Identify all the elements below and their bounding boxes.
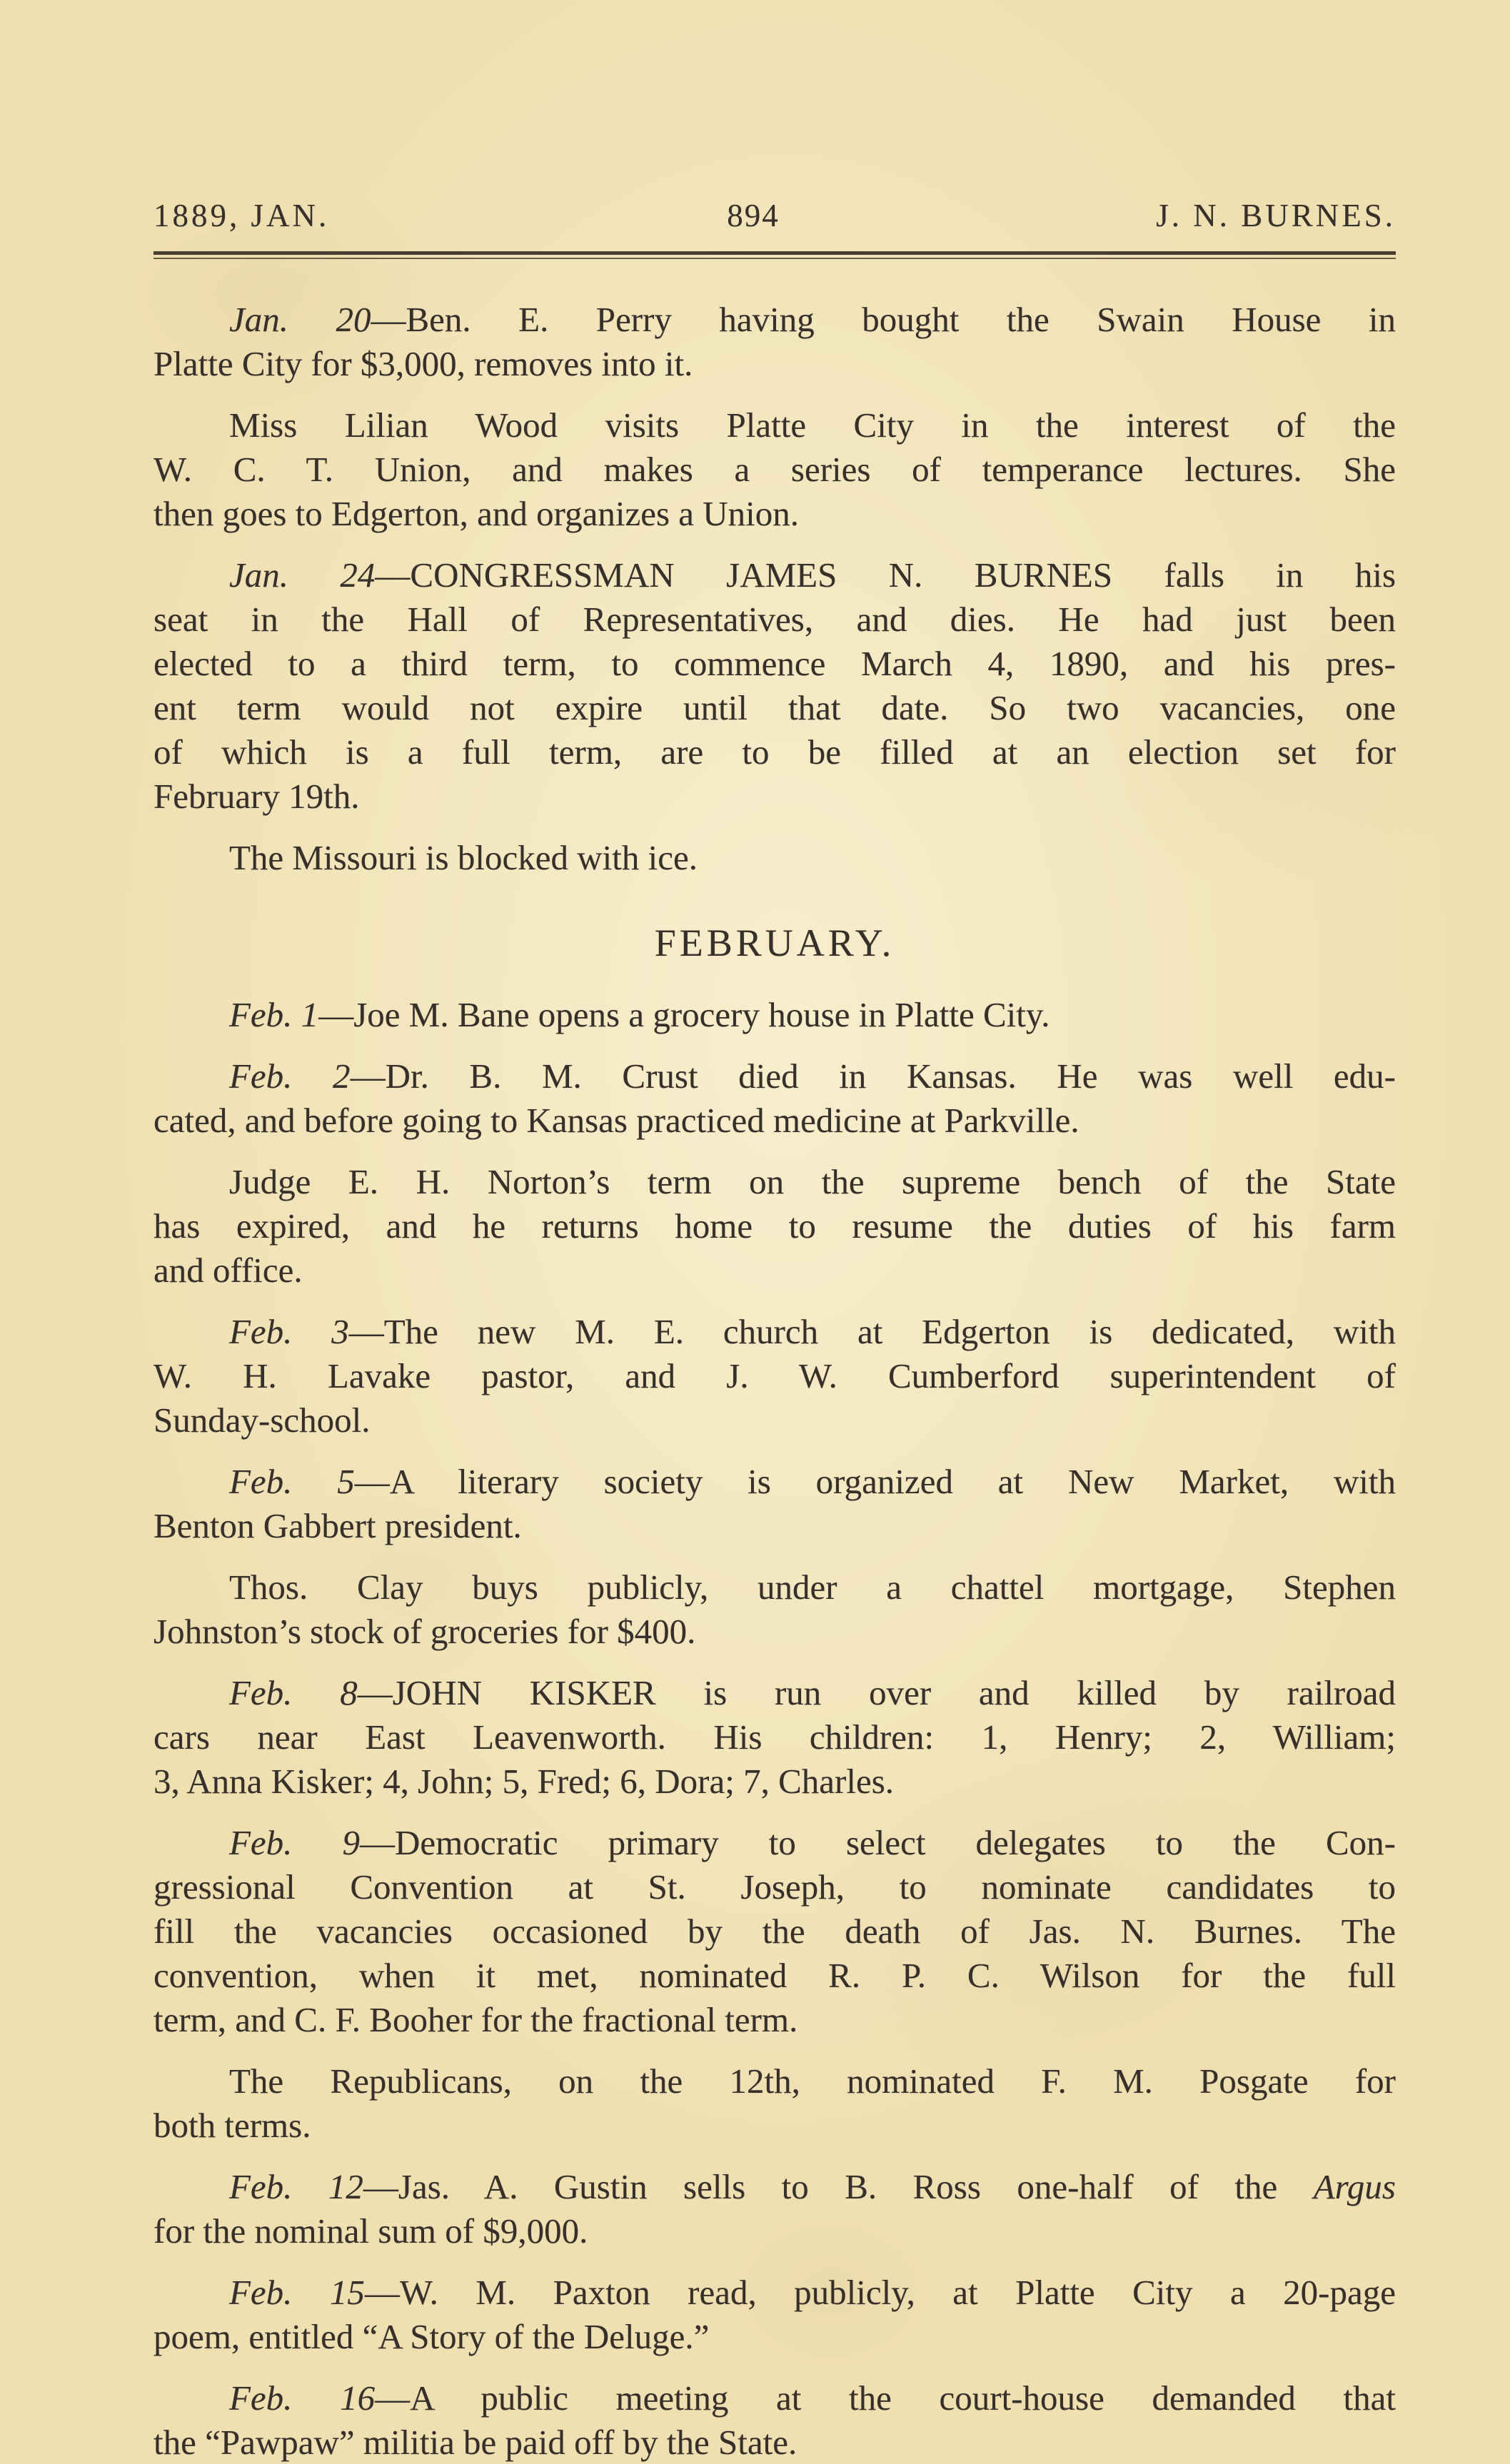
- text-line: W. C. T. Union, and makes a series of te…: [153, 448, 1396, 492]
- italic-text-segment: Feb. 5: [229, 1462, 355, 1501]
- paragraph: Feb. 1—Joe M. Bane opens a grocery house…: [153, 993, 1396, 1037]
- paragraph: Feb. 12—Jas. A. Gustin sells to B. Ross …: [153, 2165, 1396, 2253]
- text-line: of which is a full term, are to be fille…: [153, 730, 1396, 774]
- text-segment: —W. M. Paxton read, publicly, at Platte …: [365, 2273, 1396, 2312]
- text-line: and office.: [153, 1248, 1396, 1293]
- month-heading: FEBRUARY.: [153, 922, 1396, 964]
- paragraph: The Republicans, on the 12th, nominated …: [153, 2059, 1396, 2148]
- text-line: Sunday-school.: [153, 1398, 1396, 1443]
- text-segment: has expired, and he returns home to resu…: [153, 1206, 1396, 1246]
- paragraph: Judge E. H. Norton’s term on the supreme…: [153, 1160, 1396, 1293]
- italic-text-segment: Feb. 8: [229, 1673, 358, 1712]
- text-segment: —A public meeting at the court-house dem…: [375, 2378, 1396, 2418]
- text-segment: cars near East Leavenworth. His children…: [153, 1717, 1396, 1757]
- paragraph: Feb. 2—Dr. B. M. Crust died in Kansas. H…: [153, 1054, 1396, 1143]
- text-line: Johnston’s stock of groceries for $400.: [153, 1610, 1396, 1654]
- text-line: Miss Lilian Wood visits Platte City in t…: [153, 403, 1396, 448]
- text-segment: —The new M. E. church at Edgerton is ded…: [349, 1312, 1396, 1351]
- paragraph: Jan. 24—CONGRESSMAN JAMES N. BURNES fall…: [153, 553, 1396, 819]
- page-number: 894: [727, 198, 780, 233]
- text-line: ent term would not expire until that dat…: [153, 686, 1396, 730]
- text-line: Jan. 20—Ben. E. Perry having bought the …: [153, 298, 1396, 342]
- text-segment: —A literary society is organized at New …: [355, 1462, 1396, 1501]
- text-line: poem, entitled “A Story of the Deluge.”: [153, 2315, 1396, 2359]
- italic-text-segment: Jan. 24: [229, 555, 375, 595]
- text-segment: The Republicans, on the 12th, nominated …: [229, 2061, 1396, 2101]
- text-segment: —Jas. A. Gustin sells to B. Ross one-hal…: [363, 2167, 1314, 2206]
- text-segment: fill the vacancies occasioned by the dea…: [153, 1912, 1396, 1951]
- italic-text-segment: Feb. 2: [229, 1056, 351, 1096]
- text-segment: —JOHN KISKER is run over and killed by r…: [358, 1673, 1396, 1712]
- text-line: gressional Convention at St. Joseph, to …: [153, 1865, 1396, 1909]
- text-segment: —CONGRESSMAN JAMES N. BURNES falls in hi…: [375, 555, 1396, 595]
- text-line: Feb. 1—Joe M. Bane opens a grocery house…: [153, 993, 1396, 1037]
- text-line: February 19th.: [153, 774, 1396, 819]
- text-line: fill the vacancies occasioned by the dea…: [153, 1909, 1396, 1954]
- paragraph: Feb. 5—A literary society is organized a…: [153, 1460, 1396, 1548]
- text-segment: then goes to Edgerton, and organizes a U…: [153, 494, 799, 533]
- text-segment: Miss Lilian Wood visits Platte City in t…: [229, 405, 1396, 445]
- paragraph: Jan. 20—Ben. E. Perry having bought the …: [153, 298, 1396, 386]
- text-segment: W. H. Lavake pastor, and J. W. Cumberfor…: [153, 1356, 1396, 1395]
- text-line: seat in the Hall of Representatives, and…: [153, 597, 1396, 642]
- scanned-book-page: 1889, JAN. 894 J. N. BURNES. Jan. 20—Ben…: [0, 0, 1510, 2464]
- text-line: Feb. 8—JOHN KISKER is run over and kille…: [153, 1671, 1396, 1715]
- text-segment: Johnston’s stock of groceries for $400.: [153, 1612, 695, 1651]
- text-segment: elected to a third term, to commence Mar…: [153, 644, 1396, 683]
- paragraph: The Missouri is blocked with ice.: [153, 836, 1396, 880]
- text-line: 3, Anna Kisker; 4, John; 5, Fred; 6, Dor…: [153, 1759, 1396, 1804]
- italic-text-segment: Argus: [1314, 2167, 1396, 2206]
- text-line: then goes to Edgerton, and organizes a U…: [153, 492, 1396, 536]
- italic-text-segment: Feb. 16: [229, 2378, 375, 2418]
- paragraph: Feb. 16—A public meeting at the court-ho…: [153, 2376, 1396, 2464]
- text-line: convention, when it met, nominated R. P.…: [153, 1954, 1396, 1998]
- text-segment: February 19th.: [153, 777, 360, 816]
- italic-text-segment: Feb. 3: [229, 1312, 349, 1351]
- text-segment: both terms.: [153, 2106, 311, 2145]
- italic-text-segment: Feb. 1: [229, 995, 318, 1034]
- paragraph: Feb. 9—Democratic primary to select dele…: [153, 1821, 1396, 2042]
- paragraph: Miss Lilian Wood visits Platte City in t…: [153, 403, 1396, 536]
- running-head-date: 1889, JAN.: [153, 198, 748, 233]
- text-segment: convention, when it met, nominated R. P.…: [153, 1956, 1396, 1995]
- text-line: both terms.: [153, 2104, 1396, 2148]
- paragraph: Thos. Clay buys publicly, under a chatte…: [153, 1565, 1396, 1654]
- text-segment: and office.: [153, 1251, 303, 1290]
- text-segment: —Democratic primary to select delegates …: [360, 1823, 1396, 1862]
- text-segment: of which is a full term, are to be fille…: [153, 732, 1396, 772]
- text-segment: —Joe M. Bane opens a grocery house in Pl…: [318, 995, 1050, 1034]
- text-segment: —Ben. E. Perry having bought the Swain H…: [371, 300, 1396, 339]
- text-segment: the “Pawpaw” militia be paid off by the …: [153, 2423, 797, 2462]
- text-line: cated, and before going to Kansas practi…: [153, 1099, 1396, 1143]
- text-segment: poem, entitled “A Story of the Deluge.”: [153, 2317, 709, 2356]
- text-line: Feb. 9—Democratic primary to select dele…: [153, 1821, 1396, 1865]
- page-sheet: 1889, JAN. 894 J. N. BURNES. Jan. 20—Ben…: [0, 0, 1510, 2464]
- text-line: Jan. 24—CONGRESSMAN JAMES N. BURNES fall…: [153, 553, 1396, 597]
- text-segment: ent term would not expire until that dat…: [153, 688, 1396, 727]
- text-line: Judge E. H. Norton’s term on the supreme…: [153, 1160, 1396, 1204]
- text-line: Feb. 3—The new M. E. church at Edgerton …: [153, 1310, 1396, 1354]
- text-segment: —Dr. B. M. Crust died in Kansas. He was …: [351, 1056, 1396, 1096]
- text-line: for the nominal sum of $9,000.: [153, 2209, 1396, 2253]
- text-line: The Missouri is blocked with ice.: [153, 836, 1396, 880]
- text-segment: W. C. T. Union, and makes a series of te…: [153, 450, 1396, 489]
- italic-text-segment: Feb. 15: [229, 2273, 365, 2312]
- text-segment: Benton Gabbert president.: [153, 1506, 522, 1545]
- text-line: Benton Gabbert president.: [153, 1504, 1396, 1548]
- paragraph: Feb. 15—W. M. Paxton read, publicly, at …: [153, 2271, 1396, 2359]
- text-line: the “Pawpaw” militia be paid off by the …: [153, 2420, 1396, 2464]
- text-line: has expired, and he returns home to resu…: [153, 1204, 1396, 1248]
- running-head-title: J. N. BURNES.: [801, 198, 1396, 233]
- text-segment: gressional Convention at St. Joseph, to …: [153, 1867, 1396, 1907]
- paragraph: Feb. 8—JOHN KISKER is run over and kille…: [153, 1671, 1396, 1804]
- text-line: cars near East Leavenworth. His children…: [153, 1715, 1396, 1759]
- text-line: Platte City for $3,000, removes into it.: [153, 342, 1396, 386]
- running-head: 1889, JAN. 894 J. N. BURNES.: [153, 198, 1396, 233]
- text-line: elected to a third term, to commence Mar…: [153, 642, 1396, 686]
- text-segment: Platte City for $3,000, removes into it.: [153, 344, 693, 383]
- text-line: Feb. 16—A public meeting at the court-ho…: [153, 2376, 1396, 2420]
- page-body-text: Jan. 20—Ben. E. Perry having bought the …: [153, 259, 1396, 2464]
- text-segment: 3, Anna Kisker; 4, John; 5, Fred; 6, Dor…: [153, 1762, 894, 1801]
- text-segment: term, and C. F. Booher for the fractiona…: [153, 2000, 797, 2039]
- text-segment: Sunday-school.: [153, 1400, 371, 1440]
- text-line: W. H. Lavake pastor, and J. W. Cumberfor…: [153, 1354, 1396, 1398]
- text-line: Feb. 2—Dr. B. M. Crust died in Kansas. H…: [153, 1054, 1396, 1099]
- text-line: The Republicans, on the 12th, nominated …: [153, 2059, 1396, 2104]
- paragraph: Feb. 3—The new M. E. church at Edgerton …: [153, 1310, 1396, 1443]
- italic-text-segment: Jan. 20: [229, 300, 371, 339]
- text-segment: The Missouri is blocked with ice.: [229, 838, 698, 877]
- text-line: term, and C. F. Booher for the fractiona…: [153, 1998, 1396, 2042]
- text-line: Feb. 12—Jas. A. Gustin sells to B. Ross …: [153, 2165, 1396, 2209]
- text-line: Feb. 5—A literary society is organized a…: [153, 1460, 1396, 1504]
- text-line: Thos. Clay buys publicly, under a chatte…: [153, 1565, 1396, 1610]
- italic-text-segment: Feb. 9: [229, 1823, 360, 1862]
- text-segment: seat in the Hall of Representatives, and…: [153, 600, 1396, 639]
- header-double-rule: [153, 251, 1396, 259]
- text-segment: Thos. Clay buys publicly, under a chatte…: [229, 1567, 1396, 1607]
- text-segment: for the nominal sum of $9,000.: [153, 2211, 588, 2251]
- text-segment: cated, and before going to Kansas practi…: [153, 1101, 1079, 1140]
- text-line: Feb. 15—W. M. Paxton read, publicly, at …: [153, 2271, 1396, 2315]
- text-segment: Judge E. H. Norton’s term on the supreme…: [229, 1162, 1396, 1201]
- italic-text-segment: Feb. 12: [229, 2167, 363, 2206]
